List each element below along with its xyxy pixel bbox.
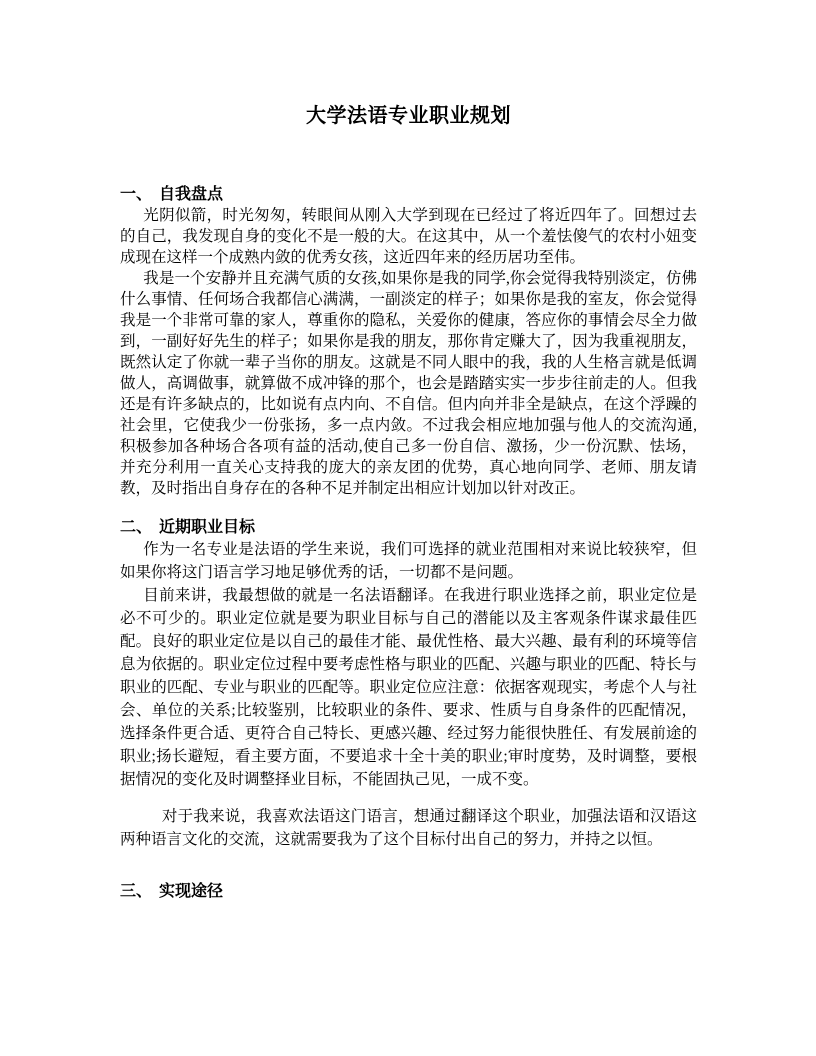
section-career-goal: 二、近期职业目标 作为一名专业是法语的学生来说，我们可选择的就业范围相对来说比较… xyxy=(120,517,697,851)
paragraph: 对于我来说，我喜欢法语这门语言，想通过翻译这个职业，加强法语和汉语这两种语言文化… xyxy=(120,805,697,851)
document-page: 大学法语专业职业规划 一、自我盘点 光阴似箭，时光匆匆，转眼间从刚入大学到现在已… xyxy=(0,0,816,1056)
section-self-assessment: 一、自我盘点 光阴似箭，时光匆匆，转眼间从刚入大学到现在已经过了将近四年了。回想… xyxy=(120,184,697,499)
section-implementation: 三、实现途径 xyxy=(120,881,697,902)
section-heading-1: 一、自我盘点 xyxy=(120,184,697,205)
section-number-3: 三、 xyxy=(120,881,152,902)
section-title-3: 实现途径 xyxy=(159,883,223,900)
section-title-1: 自我盘点 xyxy=(159,186,223,203)
paragraph: 光阴似箭，时光匆匆，转眼间从刚入大学到现在已经过了将近四年了。回想过去的自己，我… xyxy=(120,205,697,268)
paragraph: 我是一个安静并且充满气质的女孩,如果你是我的同学,你会觉得我特别淡定，仿佛什么事… xyxy=(120,268,697,499)
paragraph: 作为一名专业是法语的学生来说，我们可选择的就业范围相对来说比较狭窄，但如果你将这… xyxy=(120,538,697,584)
section-title-2: 近期职业目标 xyxy=(159,519,255,536)
section-heading-3: 三、实现途径 xyxy=(120,881,697,902)
paragraph: 目前来讲，我最想做的就是一名法语翻译。在我进行职业选择之前，职业定位是必不可少的… xyxy=(120,584,697,791)
section-number-1: 一、 xyxy=(120,184,152,205)
section-heading-2: 二、近期职业目标 xyxy=(120,517,697,538)
document-title: 大学法语专业职业规划 xyxy=(120,0,697,130)
section-number-2: 二、 xyxy=(120,517,152,538)
